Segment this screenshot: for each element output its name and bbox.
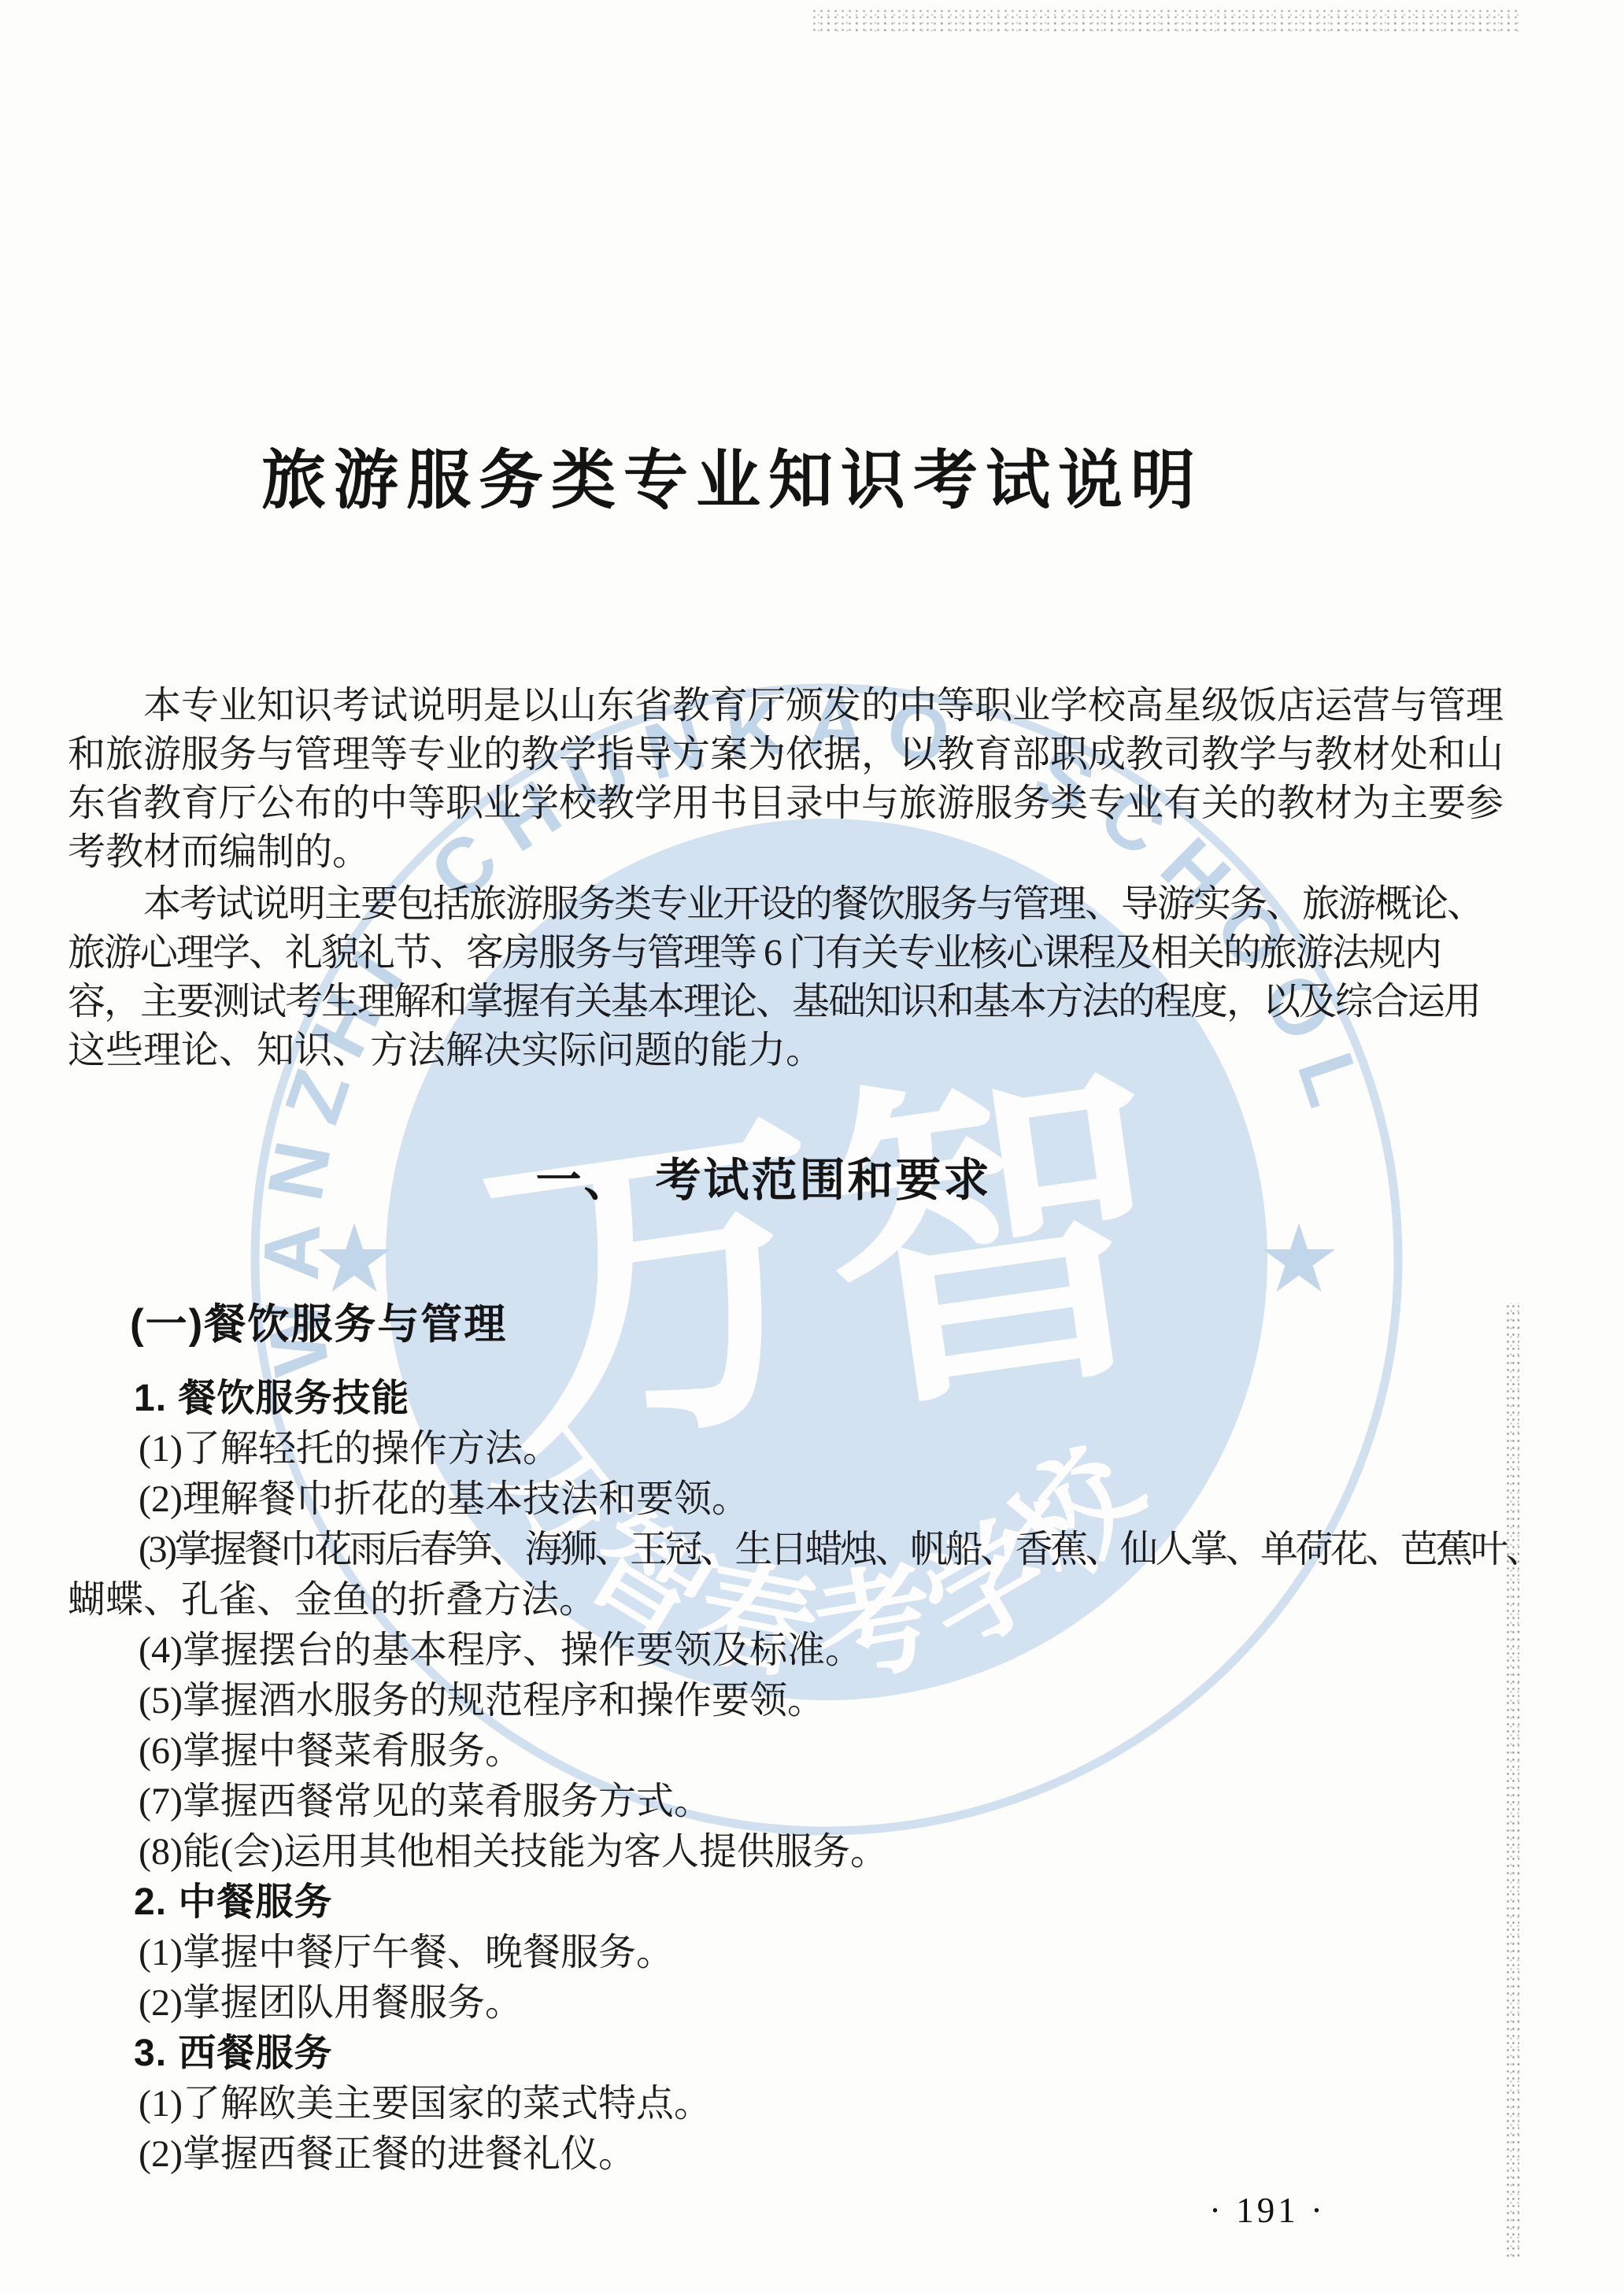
list-item: (7)掌握西餐常见的菜肴服务方式。: [68, 1777, 1524, 1827]
list-item: (2)理解餐巾折花的基本技法和要领。: [68, 1474, 1524, 1525]
section-heading-label: 考试范围和要求: [656, 1155, 992, 1206]
paragraph-line: 本专业知识考试说明是以山东省教育厅颁发的中等职业学校高星级饭店运营与管理: [68, 682, 1524, 730]
list-item: (1)了解欧美主要国家的菜式特点。: [68, 2079, 1524, 2129]
paragraph-line: 考教材而编制的。: [68, 828, 1524, 877]
list-item: (2)掌握西餐正餐的进餐礼仪。: [68, 2129, 1524, 2180]
paragraph-line: 和旅游服务与管理等专业的教学指导方案为依据，以教育部职成教司教学与教材处和山: [68, 730, 1524, 779]
group-heading-catering-skills: 1. 餐饮服务技能: [68, 1374, 1524, 1424]
list-item: (1)了解轻托的操作方法。: [68, 1424, 1524, 1474]
list-item: (2)掌握团队用餐服务。: [68, 1978, 1524, 2029]
list-item: (8)能(会)运用其他相关技能为客人提供服务。: [68, 1827, 1524, 1877]
list-item: (3)掌握餐巾花雨后春笋、海狮、王冠、生日蜡烛、帆船、香蕉、仙人掌、单荷花、芭蕉…: [68, 1525, 1524, 1575]
paragraph-line: 东省教育厅公布的中等职业学校教学用书目录中与旅游服务类专业有关的教材为主要参: [68, 779, 1524, 828]
list-item: (5)掌握酒水服务的规范程序和操作要领。: [68, 1676, 1524, 1726]
paragraph-line: 旅游心理学、礼貌礼节、客房服务与管理等 6 门有关专业核心课程及相关的旅游法规内: [68, 929, 1524, 978]
intro-paragraph-1: 本专业知识考试说明是以山东省教育厅颁发的中等职业学校高星级饭店运营与管理 和旅游…: [68, 682, 1524, 877]
requirements-list: 1. 餐饮服务技能 (1)了解轻托的操作方法。 (2)理解餐巾折花的基本技法和要…: [68, 1374, 1524, 2180]
document-page: WANZHI CHUNKAO SCHOOL ★ ★ 万智 万智春考学校 旅游服务…: [0, 0, 1624, 2293]
section-heading: 一、考试范围和要求: [67, 1143, 1460, 1209]
page-number: · 191 ·: [1165, 2190, 1370, 2231]
paragraph-line: 本考试说明主要包括旅游服务类专业开设的餐饮服务与管理、导游实务、旅游概论、: [68, 880, 1524, 929]
list-item-continuation: 蝴蝶、孔雀、金鱼的折叠方法。: [68, 1575, 1524, 1625]
group-heading-western-dining: 3. 西餐服务: [68, 2029, 1524, 2079]
list-item: (6)掌握中餐菜肴服务。: [68, 1726, 1524, 1777]
subsection-heading: (一)餐饮服务与管理: [130, 1291, 507, 1351]
page-title: 旅游服务类专业知识考试说明: [67, 429, 1397, 521]
list-item: (4)掌握摆台的基本程序、操作要领及标准。: [68, 1625, 1524, 1676]
scan-artifact-top: [811, 8, 1519, 31]
intro-paragraph-2: 本考试说明主要包括旅游服务类专业开设的餐饮服务与管理、导游实务、旅游概论、 旅游…: [68, 880, 1524, 1075]
paragraph-line: 这些理论、知识、方法解决实际问题的能力。: [68, 1026, 1524, 1075]
stamp-star-right-icon: ★: [1256, 1208, 1341, 1312]
group-heading-chinese-dining: 2. 中餐服务: [68, 1877, 1524, 1928]
paragraph-line: 容，主要测试考生理解和掌握有关基本理论、基础知识和基本方法的程度，以及综合运用: [68, 978, 1524, 1026]
section-numeral: 一、: [535, 1155, 631, 1206]
list-item: (1)掌握中餐厅午餐、晚餐服务。: [68, 1928, 1524, 1978]
